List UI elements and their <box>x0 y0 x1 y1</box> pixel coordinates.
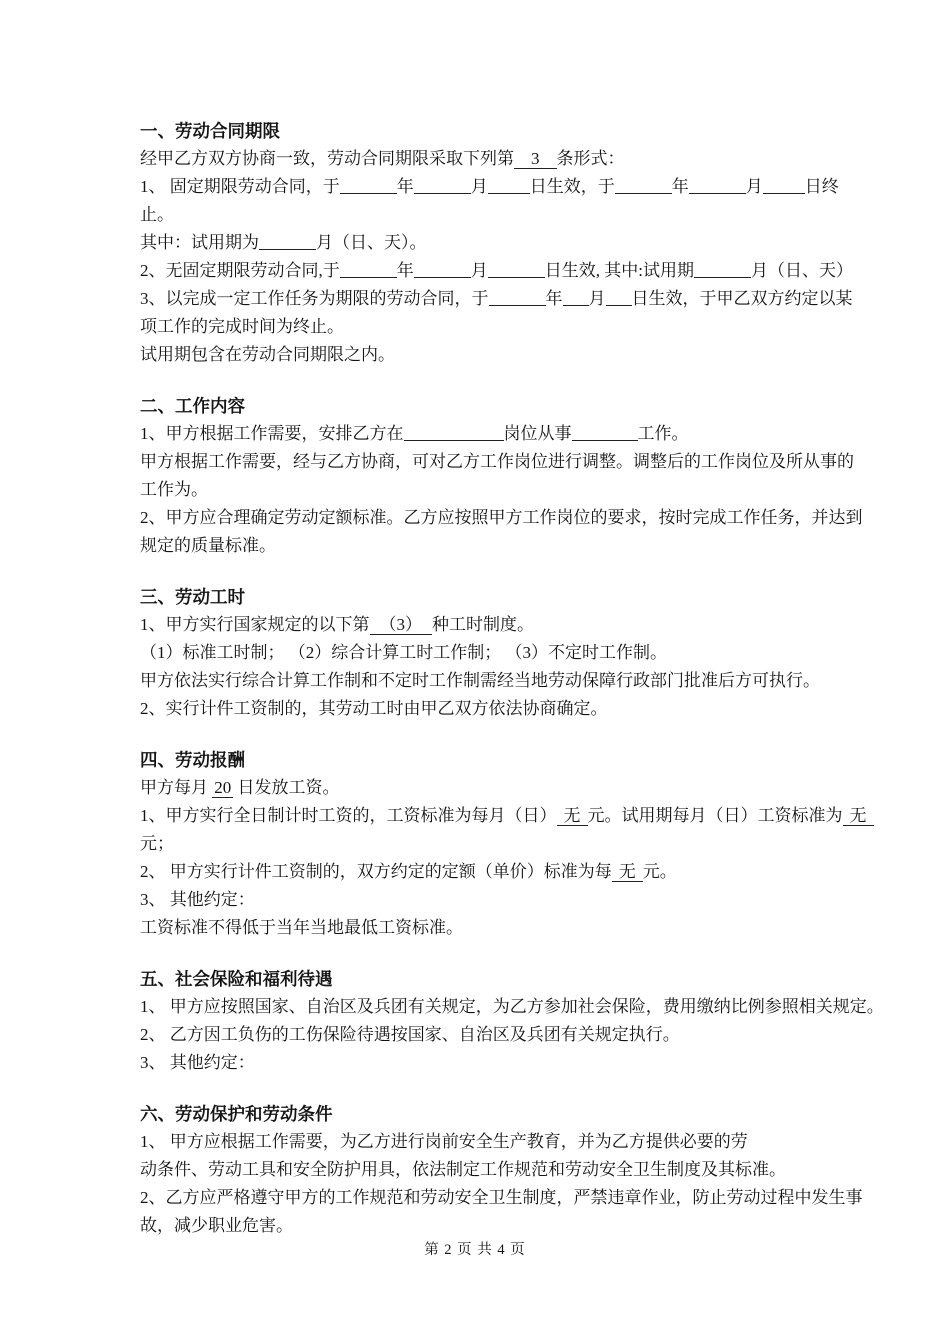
document-line: 2、乙方应严格遵守甲方的工作规范和劳动安全卫生制度，严禁违章作业，防止劳动过程中… <box>140 1184 840 1212</box>
blank-field[interactable] <box>615 176 672 194</box>
blank-field[interactable] <box>606 288 632 306</box>
page-footer: 第 2 页 共 4 页 <box>0 1240 950 1260</box>
document-line: 规定的质量标准。 <box>140 532 840 560</box>
filled-blank: 20 <box>212 778 233 798</box>
document-line: 2、 甲方实行计件工资制的，双方约定的定额（单价）标准为每无元。 <box>140 858 840 886</box>
document-line: 试用期包含在劳动合同期限之内。 <box>140 341 840 369</box>
document-line: 3、 其他约定： <box>140 886 840 914</box>
document-line: 故，减少职业危害。 <box>140 1212 840 1240</box>
document-line: 甲方依法实行综合计算工作制和不定时工作制需经当地劳动保障行政部门批准后方可执行。 <box>140 667 840 695</box>
document-line: 项工作的完成时间为终止。 <box>140 313 840 341</box>
document-line: 止。 <box>140 201 840 229</box>
document-line: 2、实行计件工资制的，其劳动工时由甲乙双方依法协商确定。 <box>140 695 840 723</box>
blank-field[interactable] <box>694 260 751 278</box>
document-line: 元； <box>140 830 840 858</box>
document-line: 1、甲方实行全日制计时工资的，工资标准为每月（日）无元。试用期每月（日）工资标准… <box>140 802 840 830</box>
blank-field[interactable] <box>404 423 504 441</box>
document-line: 2、无固定期限劳动合同,于年月日生效, 其中:试用期月（日、天） <box>140 257 840 285</box>
blank-field[interactable] <box>414 176 471 194</box>
blank-field[interactable] <box>340 260 397 278</box>
document-line: 3、以完成一定工作任务为期限的劳动合同，于年月日生效，于甲乙双方约定以某 <box>140 285 840 313</box>
document-line: 2、 乙方因工负伤的工伤保险待遇按国家、自治区及兵团有关规定执行。 <box>140 1021 840 1049</box>
section-heading-6: 六、劳动保护和劳动条件 <box>140 1100 840 1128</box>
document-line: 2、甲方应合理确定劳动定额标准。乙方应按照甲方工作岗位的要求，按时完成工作任务，… <box>140 504 840 532</box>
document-line: 3、 其他约定： <box>140 1049 840 1077</box>
section-heading-1: 一、劳动合同期限 <box>140 117 840 145</box>
section-heading-2: 二、工作内容 <box>140 392 840 420</box>
document-line: 1、 甲方应根据工作需要，为乙方进行岗前安全生产教育，并为乙方提供必要的劳 <box>140 1128 840 1156</box>
section-heading-5: 五、社会保险和福利待遇 <box>140 965 840 993</box>
document-line: 1、 甲方应按照国家、自治区及兵团有关规定，为乙方参加社会保险，费用缴纳比例参照… <box>140 993 840 1021</box>
blank-field[interactable] <box>259 232 316 250</box>
blank-field[interactable] <box>563 288 589 306</box>
blank-field[interactable] <box>488 176 530 194</box>
document-line: 工作为。 <box>140 476 840 504</box>
document-line: 工资标准不得低于当年当地最低工资标准。 <box>140 914 840 942</box>
section-heading-4: 四、劳动报酬 <box>140 746 840 774</box>
blank-field[interactable] <box>572 423 638 441</box>
filled-blank: 3 <box>514 149 557 169</box>
document-line: 经甲乙方双方协商一致，劳动合同期限采取下列第3条形式： <box>140 145 840 173</box>
document-line: 甲方每月 20 日发放工资。 <box>140 774 840 802</box>
document-line: 动条件、劳动工具和安全防护用具，依法制定工作规范和劳动安全卫生制度及其标准。 <box>140 1156 840 1184</box>
filled-blank: （3） <box>370 615 433 635</box>
document-line: 1、甲方根据工作需要，安排乙方在岗位从事工作。 <box>140 420 840 448</box>
section-heading-3: 三、劳动工时 <box>140 583 840 611</box>
filled-blank: 无 <box>557 806 588 826</box>
blank-field[interactable] <box>340 176 397 194</box>
document-line: （1）标准工时制； （2）综合计算工时工作制； （3）不定时工作制。 <box>140 639 840 667</box>
document-line: 1、 固定期限劳动合同，于年月日生效，于年月日终 <box>140 173 840 201</box>
blank-field[interactable] <box>414 260 471 278</box>
document-body: 一、劳动合同期限经甲乙方双方协商一致，劳动合同期限采取下列第3条形式：1、 固定… <box>140 117 840 1240</box>
blank-field[interactable] <box>689 176 746 194</box>
document-line: 1、甲方实行国家规定的以下第（3）种工时制度。 <box>140 611 840 639</box>
document-page: 一、劳动合同期限经甲乙方双方协商一致，劳动合同期限采取下列第3条形式：1、 固定… <box>0 0 950 1344</box>
document-line: 甲方根据工作需要，经与乙方协商，可对乙方工作岗位进行调整。调整后的工作岗位及所从… <box>140 448 840 476</box>
blank-field[interactable] <box>763 176 805 194</box>
document-line: 其中：试用期为月（日、天）。 <box>140 229 840 257</box>
filled-blank: 无 <box>843 806 874 826</box>
blank-field[interactable] <box>488 260 545 278</box>
blank-field[interactable] <box>489 288 546 306</box>
filled-blank: 无 <box>612 862 643 882</box>
